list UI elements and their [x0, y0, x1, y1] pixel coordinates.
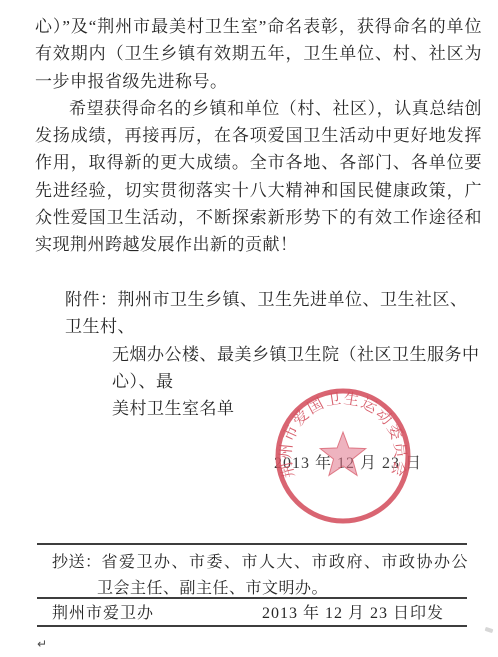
footer-bottom-rule [37, 625, 467, 627]
attachment-line: 附件：荆州市卫生乡镇、卫生先进单位、卫生社区、卫生村、 [65, 286, 483, 341]
attachment-label: 附件： [65, 290, 118, 309]
body-line: 实现荆州跨越发展作出新的贡献！ [35, 231, 482, 258]
document-body: 心）”及“荆州市最美村卫生室”命名表彰，获得命名的单位可以在 有效期内（卫生乡镇… [35, 13, 482, 258]
footer-top-rule [37, 543, 467, 545]
body-line: 有效期内（卫生乡镇有效期五年，卫生单位、村、社区为三年）进 [35, 40, 482, 67]
paragraph-return-mark: ↵ [37, 637, 47, 651]
body-line: 众性爱国卫生活动，不断探索新形势下的有效工作途径和方法，为 [35, 204, 482, 231]
copy-to-text: 省爱卫办、市委、市人大、市政府、市政协办公室，市爱 [102, 550, 468, 576]
copy-to-line: 卫会主任、副主任、市文明办。 [52, 576, 468, 602]
print-date: 2013 年 12 月 23 日印发 [262, 603, 444, 625]
issuer-name: 荆州市爱卫办 [52, 603, 154, 625]
body-line: 希望获得命名的乡镇和单位（村、社区），认真总结创建经验， [35, 95, 482, 122]
body-line: 先进经验，切实贯彻落实十八大精神和国民健康政策，广泛开展群 [35, 177, 482, 204]
body-line: 心）”及“荆州市最美村卫生室”命名表彰，获得命名的单位可以在 [35, 13, 482, 40]
copy-to-block: 抄送： 省爱卫办、市委、市人大、市政府、市政协办公室，市爱 卫会主任、副主任、市… [52, 550, 468, 602]
copy-to-line: 抄送： 省爱卫办、市委、市人大、市政府、市政协办公室，市爱 [52, 550, 468, 576]
official-seal: 荆州市爱国卫生运动委员会 [272, 384, 414, 528]
attachment-text: 荆州市卫生乡镇、卫生先进单位、卫生社区、卫生村、 [65, 290, 468, 336]
scan-artifact [485, 627, 494, 633]
body-line: 作用，取得新的更大成绩。全市各地、各部门、各单位要认真学习 [35, 149, 482, 176]
body-line: 发扬成绩，再接再厉，在各项爱国卫生活动中更好地发挥示范带头 [35, 122, 482, 149]
copy-to-label: 抄送： [52, 550, 102, 576]
scanned-official-document: 心）”及“荆州市最美村卫生室”命名表彰，获得命名的单位可以在 有效期内（卫生乡镇… [0, 0, 498, 657]
body-line: 一步申报省级先进称号。 [35, 68, 482, 95]
issuer-row: 荆州市爱卫办 2013 年 12 月 23 日印发 [52, 603, 444, 625]
seal-star-icon [320, 432, 366, 475]
